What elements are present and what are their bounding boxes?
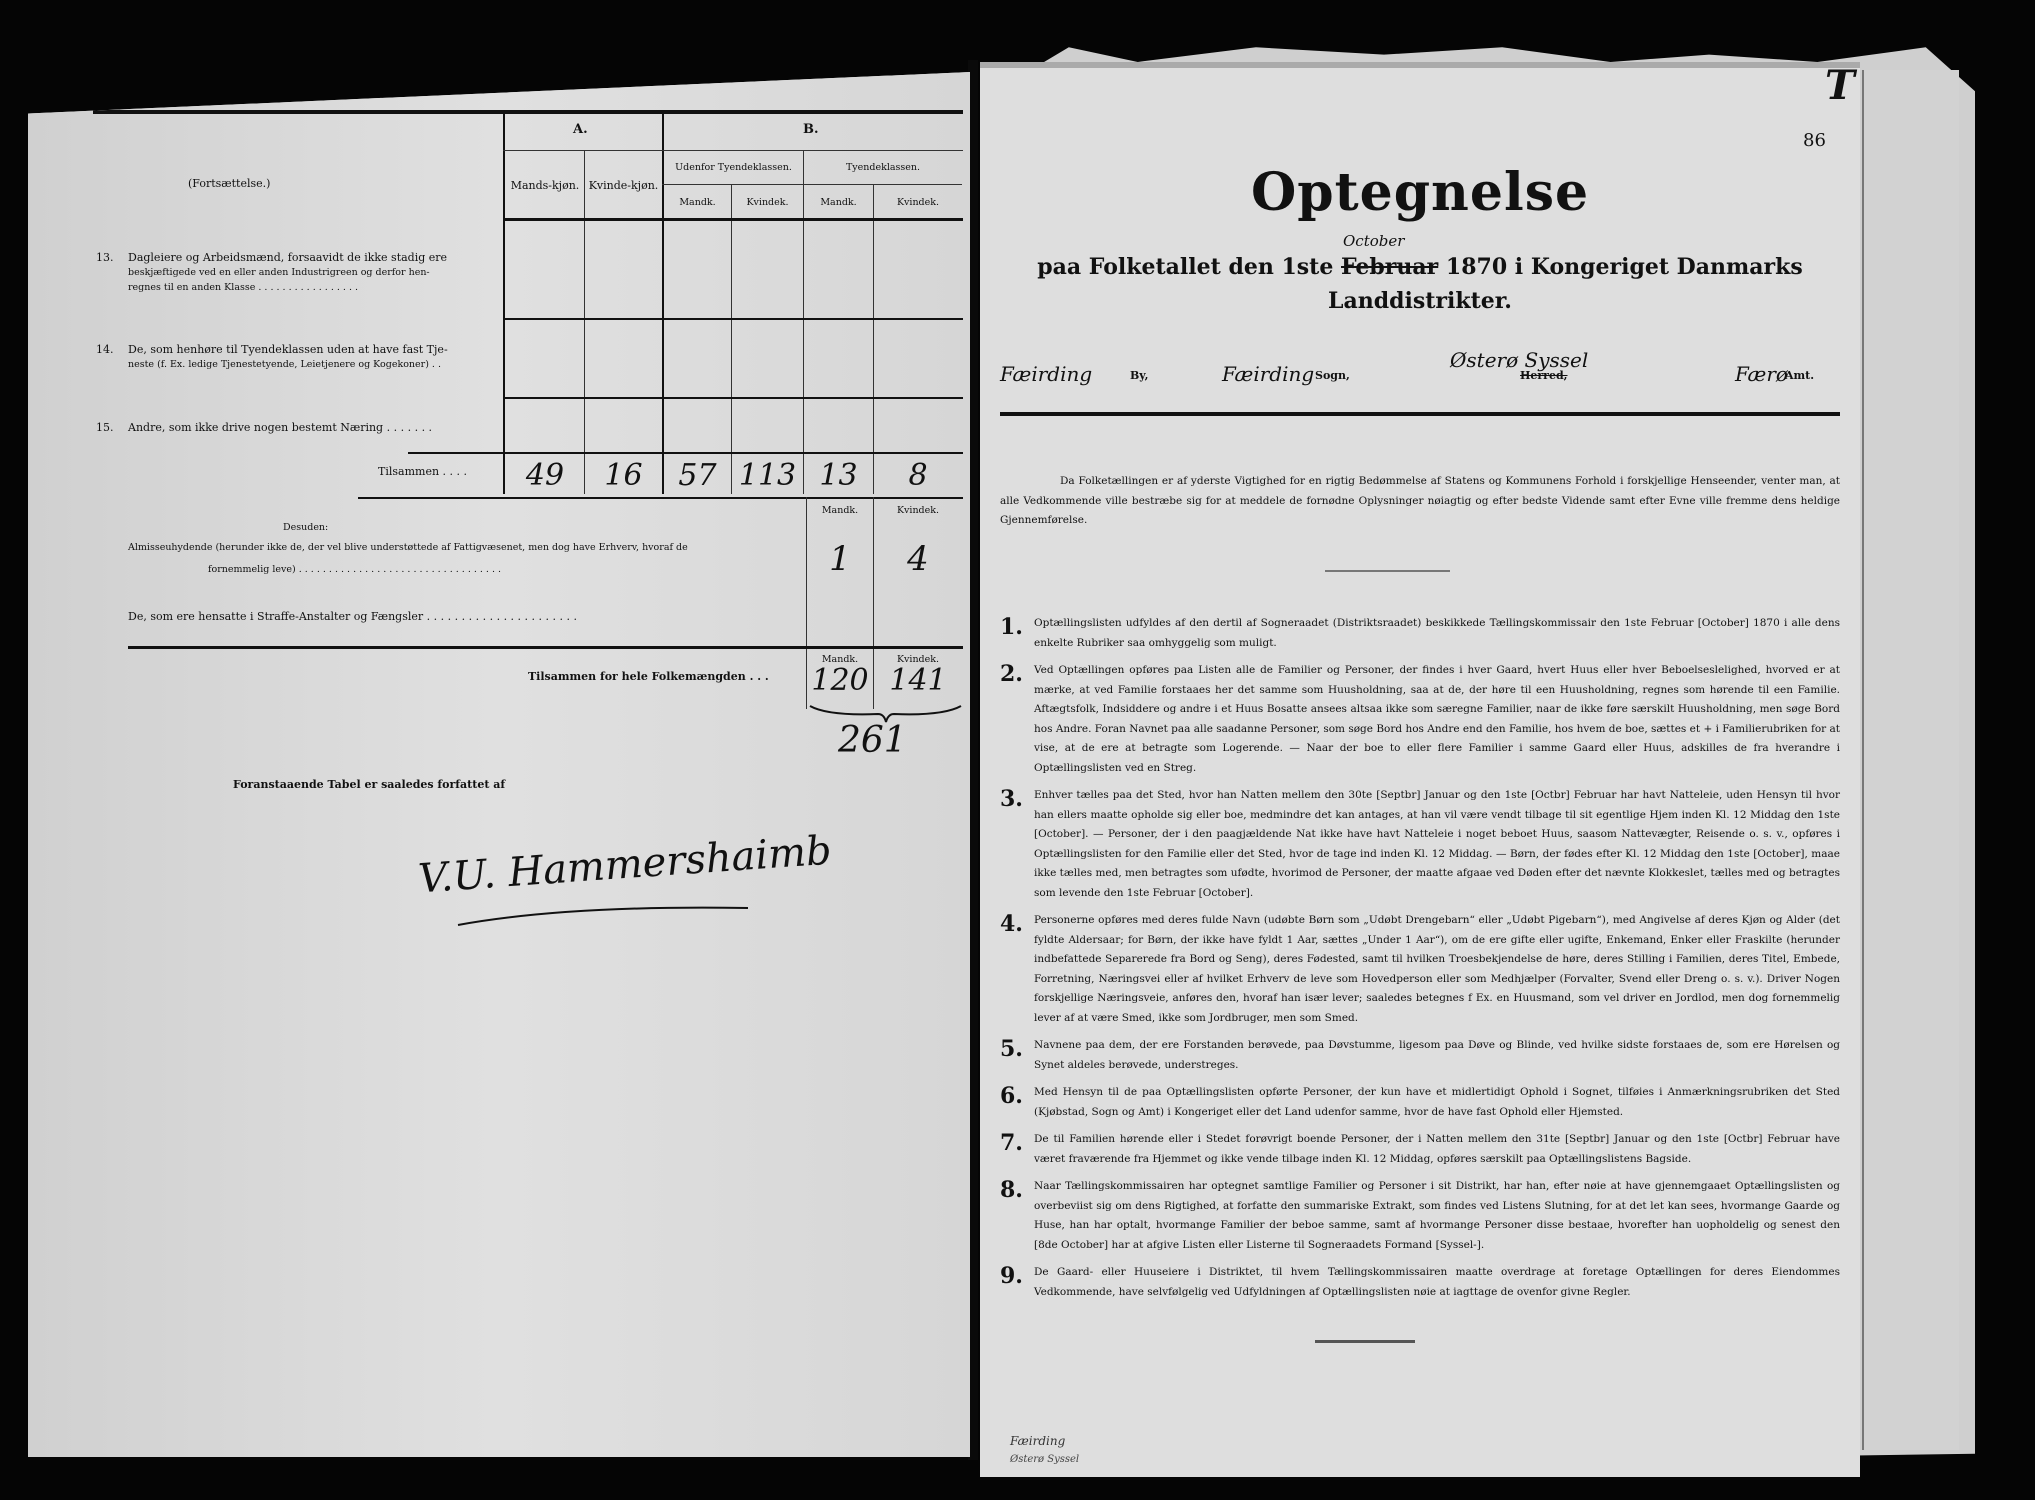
alms-label-line1: Almisseuhydende (herunder ikke de, der v… (128, 542, 798, 553)
location-line: Fæirding By, Fæirding Sogn, Østerø Sysse… (1000, 362, 1840, 392)
table-line (503, 114, 505, 494)
author-line: Foranstaaende Tabel er saaledes forfatte… (233, 777, 505, 792)
subtitle-line2: Landdistrikter. (980, 288, 1860, 314)
instruction-item: 6. Med Hensyn til de paa Optællingsliste… (1000, 1083, 1840, 1122)
total-a-men: 49 (506, 456, 584, 494)
col-header-kvindek: Kvindek. (874, 188, 962, 216)
corner-mark: T (1825, 62, 1855, 109)
sogn-value: Fæirding (1222, 362, 1314, 386)
col-header-udenfor-tyende: Udenfor Tyendeklassen. (664, 154, 803, 180)
alms-label-line2: fornemmelig leve) . . . . . . . . . . . … (208, 564, 798, 575)
instruction-item: 3. Enhver tælles paa det Sted, hvor han … (1000, 786, 1840, 903)
grand-total-women: 141 (874, 662, 962, 698)
instruction-item: 7. De til Familien hørende eller i Stede… (1000, 1130, 1840, 1169)
row-15-label: Andre, som ikke drive nogen bestemt Næri… (128, 420, 498, 435)
instruction-item: 4. Personerne opføres med deres fulde Na… (1000, 911, 1840, 1028)
instruction-item: 1. Optællingslisten udfyldes af den dert… (1000, 614, 1840, 653)
subtitle-line1: paa Folketallet den 1ste Februar October… (980, 254, 1860, 280)
grand-total-men: 120 (807, 662, 873, 698)
header-rule (1000, 412, 1840, 416)
top-rule (93, 110, 963, 114)
total-label: Tilsammen . . . . (378, 464, 467, 479)
signature-flourish (448, 900, 768, 930)
row-13-label: Dagleiere og Arbeidsmænd, forsaavidt de … (128, 250, 498, 295)
col-header-mandskjon: Mands-kjøn. (506, 160, 584, 210)
col-header-mandk: Mandk. (664, 188, 731, 216)
herred-label: Herred, (1520, 368, 1568, 383)
row-number: 15. (96, 420, 114, 435)
left-page: (Fortsættelse.) A. B. Mands-kjøn. Kvinde… (28, 72, 970, 1457)
grand-sum-value: 261 (838, 720, 907, 761)
alms-men-value: 1 (807, 537, 873, 581)
closing-divider (1315, 1340, 1415, 1343)
footer-note-line1: Fæirding (1010, 1434, 1065, 1448)
continuation-label: (Fortsættelse.) (188, 176, 270, 191)
total-b-outside-men: 57 (664, 456, 731, 494)
amt-label: Amt. (1785, 368, 1814, 383)
total-b-servant-men: 13 (804, 456, 873, 494)
col-header-kvindek: Kvindek. (732, 188, 803, 216)
grand-total-label: Tilsammen for hele Folkemængden . . . (528, 669, 769, 684)
instruction-item: 8. Naar Tællingskommissairen har optegne… (1000, 1177, 1840, 1255)
instruction-item: 5. Navnene paa dem, der ere Forstanden b… (1000, 1036, 1840, 1075)
by-label: By, (1130, 368, 1148, 383)
right-page: T 86 Optegnelse paa Folketallet den 1ste… (980, 62, 1860, 1477)
besides-heading: Desuden: (283, 522, 328, 533)
instruction-item: 2. Ved Optællingen opføres paa Listen al… (1000, 661, 1840, 778)
total-b-servant-women: 8 (874, 456, 962, 494)
group-b-label: B. (803, 122, 819, 137)
by-value: Fæirding (1000, 362, 1092, 386)
total-b-outside-women: 113 (732, 456, 803, 494)
col-header-tyendeklassen: Tyendeklassen. (804, 154, 962, 180)
col-header-kvindekjon: Kvinde-kjøn. (585, 160, 662, 210)
instruction-item: 9. De Gaard- eller Huuseiere i Distrikte… (1000, 1263, 1840, 1302)
alms-women-value: 4 (874, 537, 962, 581)
page-title: Optegnelse (980, 162, 1860, 223)
amt-value: Færø (1735, 362, 1788, 386)
besides-col-kvindek: Kvindek. (874, 502, 962, 518)
page-number: 86 (1803, 130, 1826, 151)
prison-label: De, som ere hensatte i Straffe-Anstalter… (128, 609, 798, 624)
row-number: 13. (96, 250, 114, 265)
row-14-label: De, som henhøre til Tyendeklassen uden a… (128, 342, 498, 372)
sogn-label: Sogn, (1315, 368, 1350, 383)
row-number: 14. (96, 342, 114, 357)
page-edge-fringe (1862, 70, 1959, 1450)
besides-col-mandk: Mandk. (807, 502, 873, 518)
footer-note-line2: Østerø Syssel (1010, 1454, 1079, 1465)
total-a-women: 16 (585, 456, 662, 494)
instructions-list: 1. Optællingslisten udfyldes af den dert… (1000, 614, 1840, 1310)
group-a-label: A. (573, 122, 588, 137)
divider (1325, 570, 1450, 572)
intro-paragraph: Da Folketællingen er af yderste Vigtighe… (1000, 472, 1840, 531)
col-header-mandk: Mandk. (804, 188, 873, 216)
